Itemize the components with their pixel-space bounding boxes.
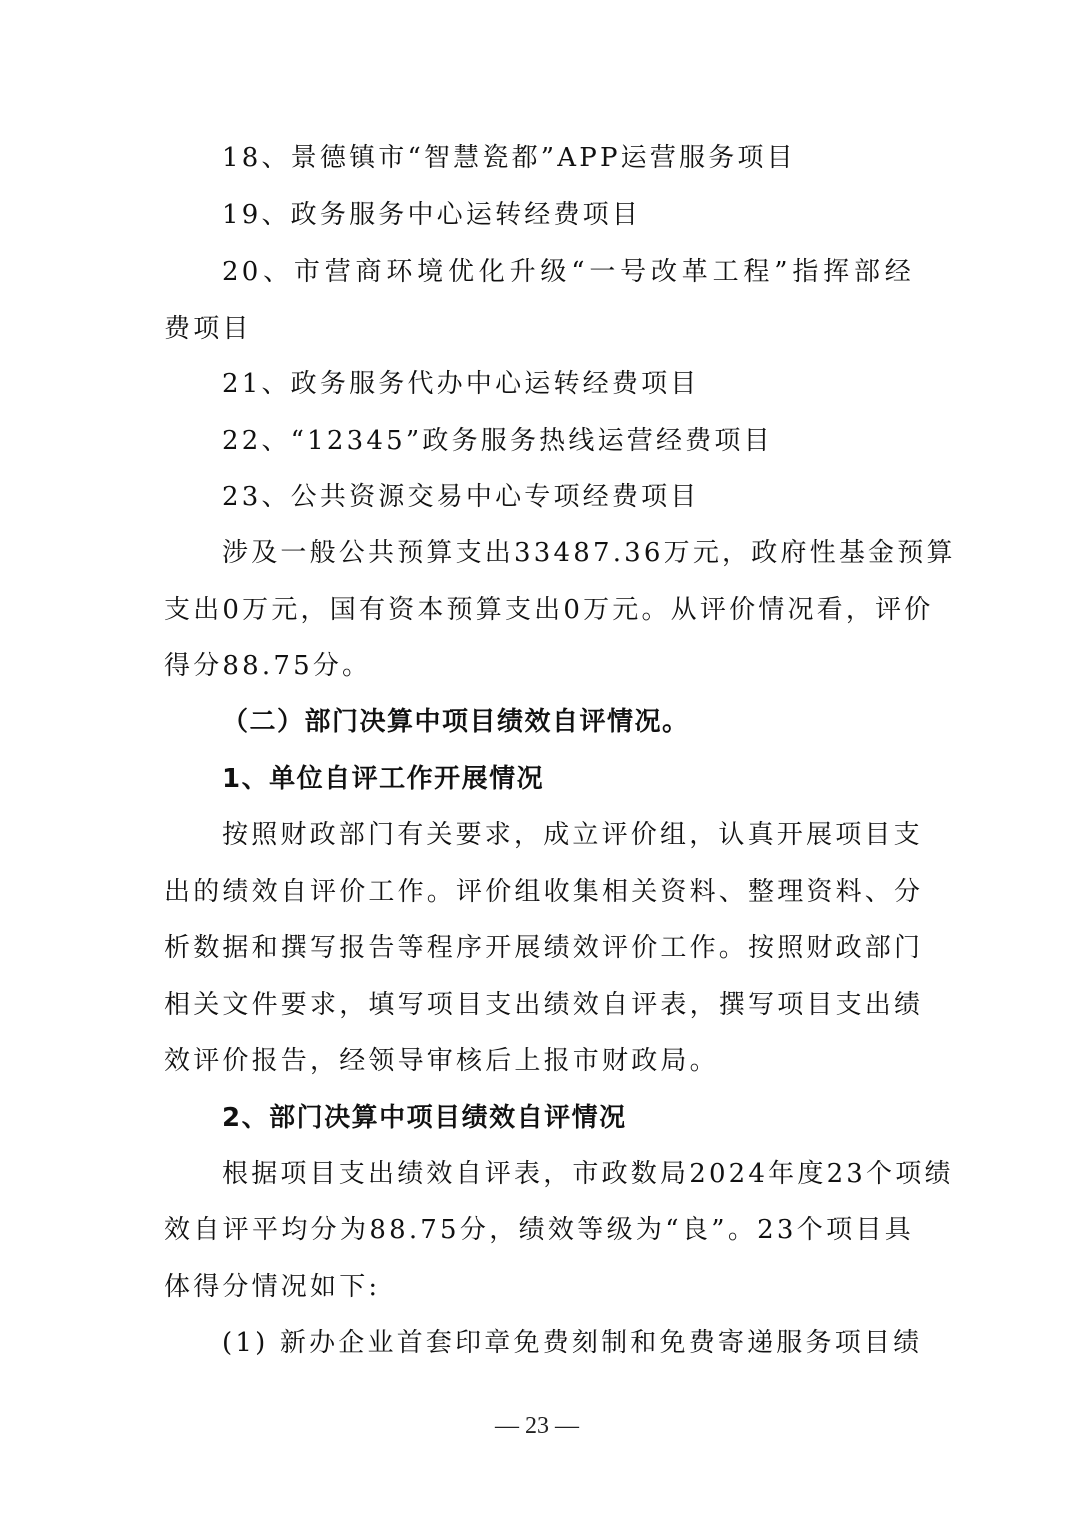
text-line: 涉及一般公共预算支出33487.36万元，政府性基金预算 — [222, 538, 914, 568]
section-heading: 2、部门决算中项目绩效自评情况 — [222, 1103, 914, 1133]
text-line: 出的绩效自评价工作。评价组收集相关资料、整理资料、分 — [164, 877, 914, 907]
text-line: 21、政务服务代办中心运转经费项目 — [222, 369, 914, 399]
text-line: 支出0万元，国有资本预算支出0万元。从评价情况看，评价 — [164, 595, 914, 625]
text-line: 费项目 — [164, 314, 914, 344]
text-line: (1) 新办企业首套印章免费刻制和免费寄递服务项目绩 — [222, 1328, 914, 1358]
text-line: 相关文件要求，填写项目支出绩效自评表，撰写项目支出绩 — [164, 990, 914, 1020]
text-line: 20、市营商环境优化升级“一号改革工程”指挥部经 — [222, 257, 914, 287]
text-line: 析数据和撰写报告等程序开展绩效评价工作。按照财政部门 — [164, 933, 914, 963]
text-line: 按照财政部门有关要求，成立评价组，认真开展项目支 — [222, 820, 914, 850]
document-page: 18、景德镇市“智慧瓷都”APP运营服务项目19、政务服务中心运转经费项目20、… — [0, 0, 1074, 1520]
text-line: 效评价报告，经领导审核后上报市财政局。 — [164, 1046, 914, 1076]
text-line: 体得分情况如下: — [164, 1272, 914, 1302]
text-line: 效自评平均分为88.75分，绩效等级为“良”。23个项目具 — [164, 1215, 914, 1245]
text-line: 22、“12345”政务服务热线运营经费项目 — [222, 426, 914, 456]
text-line: 23、公共资源交易中心专项经费项目 — [222, 482, 914, 512]
section-heading: （二）部门决算中项目绩效自评情况。 — [222, 707, 914, 737]
text-line: 19、政务服务中心运转经费项目 — [222, 200, 914, 230]
text-line: 根据项目支出绩效自评表，市政数局2024年度23个项绩 — [222, 1159, 914, 1189]
page-number: — 23 — — [0, 1413, 1074, 1440]
text-line: 得分88.75分。 — [164, 651, 914, 681]
text-line: 18、景德镇市“智慧瓷都”APP运营服务项目 — [222, 143, 914, 173]
section-heading: 1、单位自评工作开展情况 — [222, 764, 914, 794]
